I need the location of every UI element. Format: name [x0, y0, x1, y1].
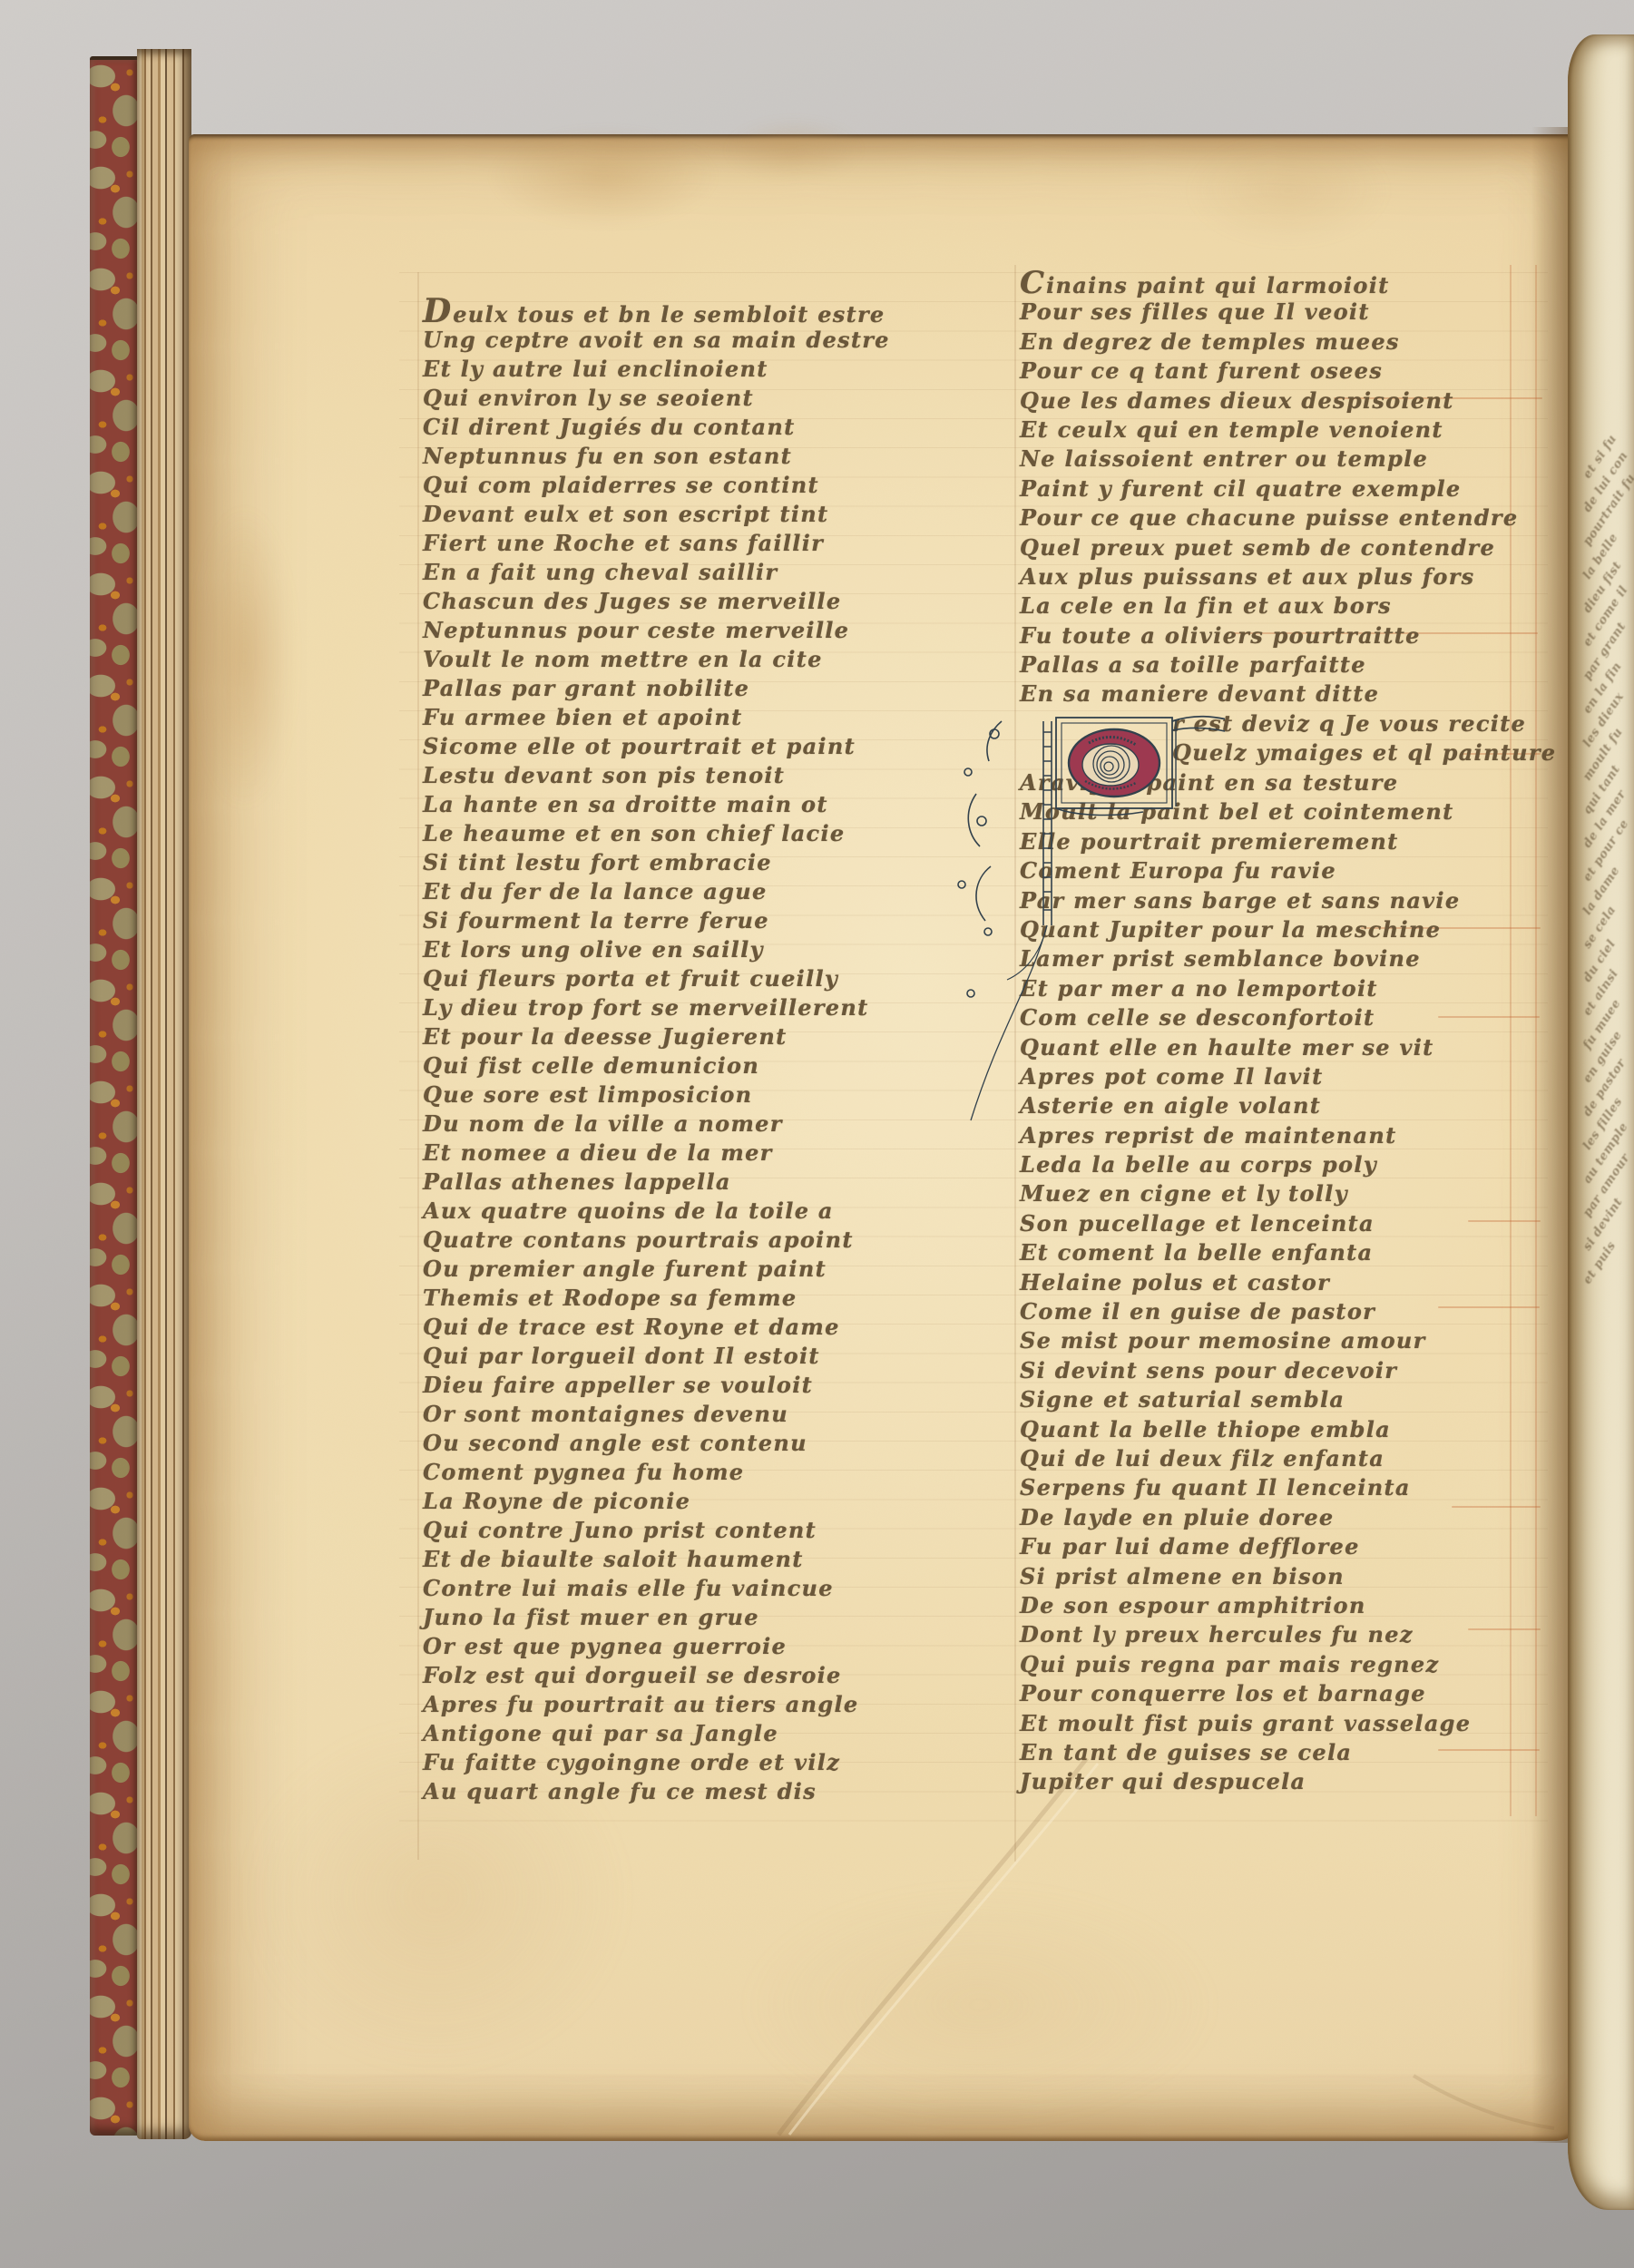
facing-page-text: et si fude lui conpourtrait fula belledi… — [1568, 405, 1634, 1266]
gutter-shadow — [1531, 127, 1571, 2143]
stacked-page-edges — [137, 49, 191, 2139]
parchment-wrinkle — [189, 134, 1583, 2141]
facing-page-edge: et si fude lui conpourtrait fula belledi… — [1568, 34, 1634, 2210]
marbled-cover-edge — [90, 56, 138, 2136]
manuscript-photo: { "artifact": { "kind_label": "Medieval … — [0, 0, 1634, 2268]
